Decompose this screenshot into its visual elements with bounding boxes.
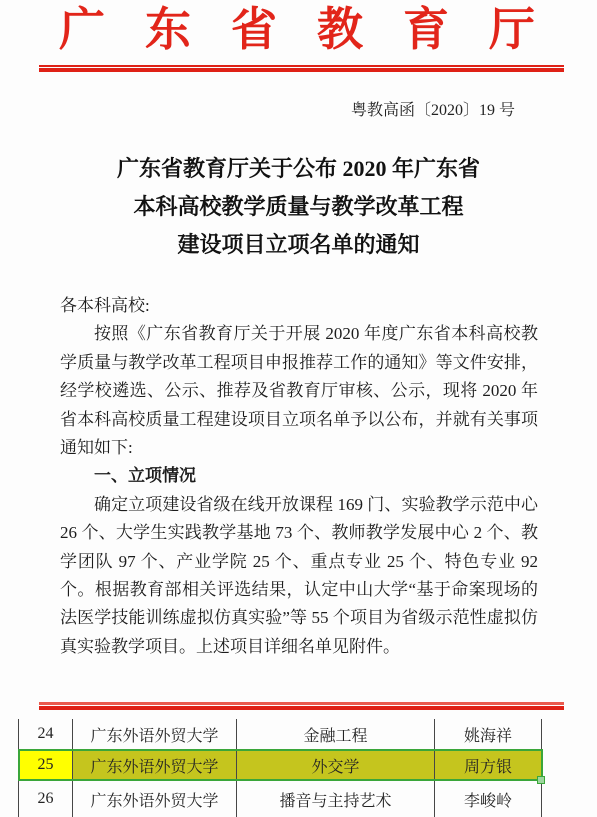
paragraph-intro: 按照《广东省教育厅关于开展 2020 年度广东省本科高校教学质量与教学改革工程项… [60, 320, 538, 462]
salutation: 各本科高校: [60, 292, 538, 320]
row-number-cell-highlighted: 25 [19, 749, 73, 781]
table-row-25-highlighted: 25 广东外语外贸大学 外交学 周方银 [19, 749, 542, 781]
table-row-24: 24 广东外语外贸大学 金融工程 姚海祥 [19, 719, 542, 749]
program-cell: 金融工程 [237, 719, 435, 749]
program-cell: 外交学 [237, 749, 435, 781]
section-divider-rule [39, 702, 564, 710]
university-cell: 广东外语外贸大学 [73, 749, 237, 781]
agency-letterhead: 广东省教育厅 [59, 4, 524, 56]
university-cell: 广东外语外贸大学 [73, 781, 237, 817]
notice-document-page: 广东省教育厅 粤教高函〔2020〕19 号 广东省教育厅关于公布 2020 年广… [0, 0, 597, 817]
document-title-line-3: 建设项目立项名单的通知 [0, 226, 597, 264]
programs-table: 24 广东外语外贸大学 金融工程 姚海祥 25 广东外语外贸大学 外交学 周方银… [18, 719, 542, 817]
document-number: 粤教高函〔2020〕19 号 [351, 100, 515, 122]
letterhead-divider-rule [39, 65, 564, 72]
row-number-cell: 24 [19, 719, 73, 749]
document-body: 各本科高校: 按照《广东省教育厅关于开展 2020 年度广东省本科高校教学质量与… [60, 292, 538, 661]
table-row-26: 26 广东外语外贸大学 播音与主持艺术 李峻岭 [19, 781, 542, 817]
paragraph-projects: 确定立项建设省级在线开放课程 169 门、实验教学示范中心 26 个、大学生实践… [60, 491, 538, 661]
selection-handle [537, 776, 545, 784]
program-cell: 播音与主持艺术 [237, 781, 435, 817]
leader-cell: 李峻岭 [435, 781, 542, 817]
document-title-line-1: 广东省教育厅关于公布 2020 年广东省 [0, 150, 597, 188]
leader-cell: 姚海祥 [435, 719, 542, 749]
document-title: 广东省教育厅关于公布 2020 年广东省 本科高校教学质量与教学改革工程 建设项… [0, 150, 597, 264]
university-cell: 广东外语外贸大学 [73, 719, 237, 749]
leader-cell: 周方银 [435, 749, 542, 781]
document-title-line-2: 本科高校教学质量与教学改革工程 [0, 188, 597, 226]
section-heading-1: 一、立项情况 [60, 462, 538, 490]
row-number-cell: 26 [19, 781, 73, 817]
